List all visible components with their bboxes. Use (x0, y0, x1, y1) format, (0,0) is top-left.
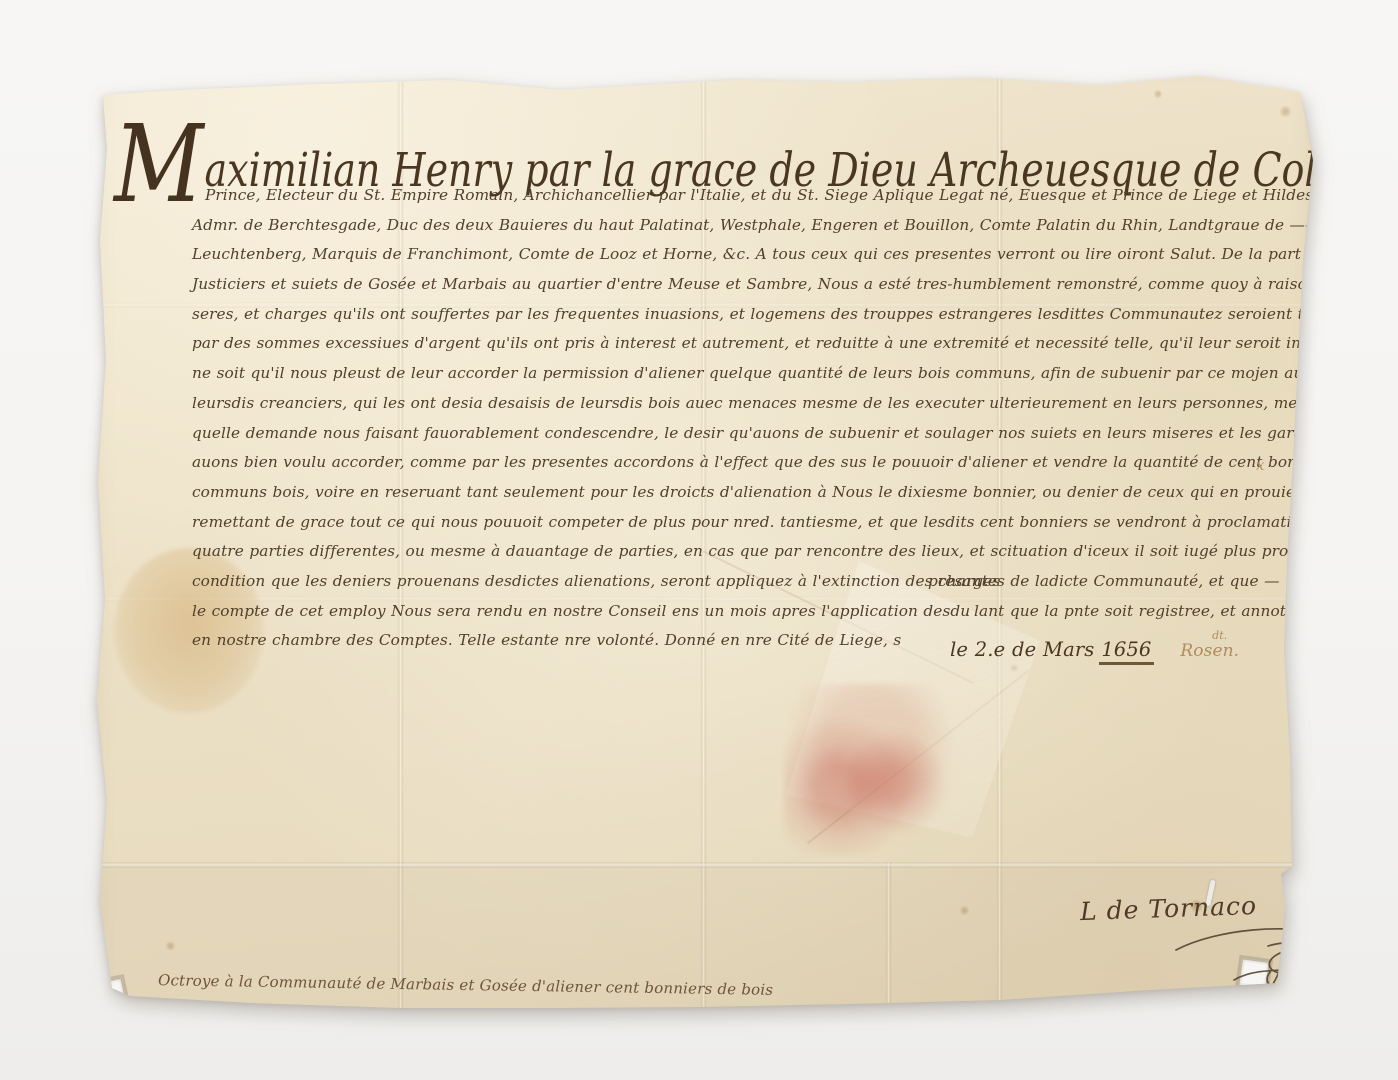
text-line-left: le compte de cet employ Nous sera rendu … (192, 602, 970, 620)
text-line: ne soit qu'il nous pleust de leur accord… (192, 364, 1304, 394)
margin-x-mark: x (1256, 456, 1264, 474)
date-line: le 2.e de Mars1656dt.Rosen. (950, 638, 1239, 665)
lower-flap-tint (88, 862, 1316, 1046)
text-line-left: en nostre chambre des Comptes. Telle est… (192, 631, 901, 649)
date-text: le 2.e de Mars (950, 638, 1094, 661)
parchment-shadow-wrap: Maximilian Henry par la grace de Dieu Ar… (0, 0, 1398, 1080)
text-line: Justiciers et suiets de Gosée et Marbais… (192, 275, 1304, 305)
text-line: quelle demande nous faisant fauorablemen… (192, 424, 1304, 454)
date-year-underlined: 1656 (1099, 638, 1154, 665)
text-line-split: condition que les deniers prouenans desd… (192, 572, 1304, 602)
photo-background: Maximilian Henry par la grace de Dieu Ar… (0, 0, 1398, 1080)
text-line: Leuchtenberg, Marquis de Franchimont, Co… (192, 245, 1304, 275)
countersign: dt.Rosen. (1180, 641, 1239, 661)
text-line: communs bois, voire en reseruant tant se… (192, 483, 1304, 513)
title-initial: M (114, 102, 200, 226)
text-line-left: condition que les deniers prouenans desd… (192, 572, 1000, 590)
countersign-text: Rosen. (1180, 641, 1239, 661)
text-line: par des sommes excessiues d'argent qu'il… (192, 334, 1304, 364)
text-line: leursdis creanciers, qui les ont desia d… (192, 394, 1304, 424)
text-line: seres, et charges qu'ils ont souffertes … (192, 305, 1304, 335)
body-text: Prince, Electeur du St. Empire Romain, A… (192, 186, 1304, 661)
countersign-superscript: dt. (1212, 629, 1227, 642)
edge-ink-mark (1288, 902, 1291, 911)
text-line-split: le compte de cet employ Nous sera rendu … (192, 602, 1304, 632)
text-line: Prince, Electeur du St. Empire Romain, A… (192, 186, 1304, 216)
edge-ink-mark (1288, 944, 1291, 953)
text-line: remettant de grace tout ce qui nous pouu… (192, 513, 1304, 543)
text-line: auons bien voulu accorder, comme par les… (192, 453, 1304, 483)
parchment-sheet: Maximilian Henry par la grace de Dieu Ar… (88, 56, 1316, 1046)
text-line-right: presantes de ladicte Communauté, et que … (928, 572, 1279, 590)
text-line: Admr. de Berchtesgade, Duc des deux Baui… (192, 216, 1304, 246)
text-line-right: lant que la pnte soit registree, et anno… (974, 602, 1331, 620)
text-line: quatre parties differentes, ou mesme à d… (192, 542, 1304, 572)
text-line-split: en nostre chambre des Comptes. Telle est… (192, 631, 1304, 661)
